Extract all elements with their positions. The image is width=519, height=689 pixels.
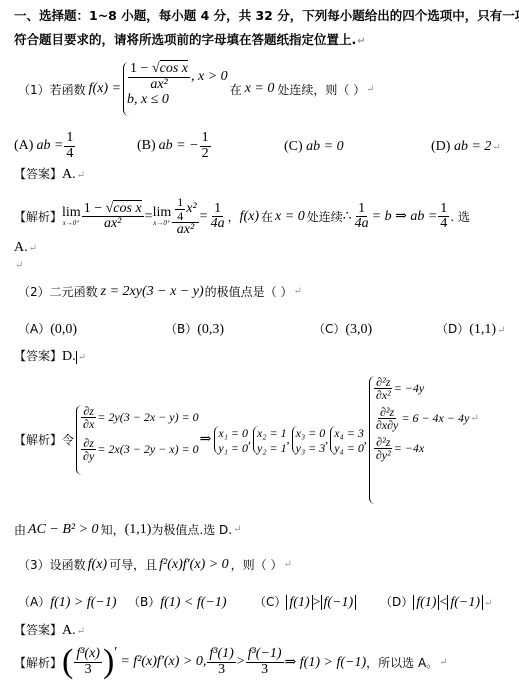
expr: ⇒ f(1) > f(−1) bbox=[285, 654, 367, 671]
answer-value: A. bbox=[62, 167, 76, 182]
paragraph-mark-icon: ↵ bbox=[492, 142, 500, 153]
sol-x: x₃ = 0 bbox=[296, 426, 326, 441]
option-value: (0,3) bbox=[197, 322, 224, 337]
frac-num: 1 bbox=[175, 196, 185, 210]
frac-den: 4a bbox=[209, 217, 227, 232]
paragraph-mark-icon: ↵ bbox=[77, 170, 85, 181]
frac-num: 1 bbox=[200, 131, 211, 147]
q2-number: （2） bbox=[18, 283, 50, 300]
q2-analysis: 【解析】 令 ∂z∂x= 2y(3 − 2x − y) = 0 ∂z∂y= 2x… bbox=[14, 372, 479, 507]
sol-y: y₂ = 1 bbox=[257, 441, 287, 456]
frac-den: 4 bbox=[438, 217, 449, 232]
abs-value: f(−1) bbox=[321, 595, 357, 610]
paragraph-mark-icon: ↵ bbox=[439, 657, 447, 668]
text: 令 bbox=[62, 431, 74, 448]
frac-num: 1 bbox=[212, 202, 223, 218]
paragraph-mark-icon: ↵ bbox=[484, 598, 492, 609]
q1-piecewise: 1 − √cos x ax² , x > 0 b, x ≤ 0 bbox=[123, 62, 228, 116]
q3-option-d[interactable]: （D）f(1)<f(−1)↵ bbox=[380, 593, 492, 611]
frac-num: ∂²z bbox=[374, 376, 392, 390]
text: ，所以选 A。 bbox=[366, 654, 438, 671]
q1-case1-num: 1 − bbox=[130, 61, 152, 76]
frac-den: ∂x∂y bbox=[374, 419, 401, 432]
fx: f(x) bbox=[88, 557, 107, 573]
frac-den: 2 bbox=[200, 147, 211, 162]
implies: ⇒ bbox=[200, 431, 212, 448]
q1-case1-den: ax² bbox=[148, 78, 169, 93]
solution-3: x₃ = 0y₃ = 3 bbox=[292, 426, 326, 454]
answer-tag: 【答案】 bbox=[14, 349, 62, 363]
text: 为极值点.选 D. bbox=[151, 521, 232, 538]
paragraph-mark-icon: ↵ bbox=[366, 84, 374, 95]
text: A. bbox=[14, 240, 28, 255]
frac-num: f³(x) bbox=[74, 647, 102, 663]
answer-tag: 【答案】 bbox=[14, 623, 62, 637]
option-expr: ab = 0 bbox=[306, 139, 343, 154]
frac-den: ∂y² bbox=[374, 449, 393, 462]
frac-den: 3 bbox=[216, 663, 227, 678]
equals: = bbox=[200, 209, 208, 225]
prime: ′ bbox=[114, 645, 117, 661]
analysis-tag: 【解析】 bbox=[14, 654, 62, 671]
abs-value: f(1) bbox=[413, 595, 439, 610]
frac-den: ax² bbox=[102, 217, 123, 232]
lim-under: x→0⁺ bbox=[153, 220, 170, 227]
text: 处连续 bbox=[307, 208, 343, 225]
q1-prompt-prefix: 若函数 bbox=[50, 81, 86, 98]
q1-case2: b, x ≤ 0 bbox=[127, 92, 228, 108]
paragraph-mark-icon: ↵ bbox=[233, 524, 241, 535]
solution-4: x₄ = 3y₄ = 0 bbox=[330, 426, 364, 454]
answer-tag: 【答案】 bbox=[14, 167, 62, 181]
q2-option-d[interactable]: （D）(1,1)↵ bbox=[436, 320, 505, 338]
therefore: ∴ bbox=[343, 208, 352, 225]
frac-num: 1 bbox=[438, 202, 449, 218]
option-value: f(1) < f(−1) bbox=[160, 595, 226, 610]
paragraph-mark-icon: ↵ bbox=[497, 325, 505, 336]
section-header-line1: 一、选择题：1~8 小题，每小题 4 分，共 32 分，下列每小题给出的四个选项… bbox=[14, 6, 519, 24]
text: ，则（ ） bbox=[231, 556, 283, 573]
option-label: （D） bbox=[380, 595, 413, 609]
q2-answer: 【答案】D.↵ bbox=[14, 347, 86, 365]
q1-analysis: 【解析】 limx→0⁺ 1 − √cos xax² = limx→0⁺ 14x… bbox=[14, 196, 470, 238]
eq-rhs: = −4x bbox=[394, 441, 425, 456]
frac-num: ∂z bbox=[81, 405, 96, 419]
text: 可导，且 bbox=[109, 556, 157, 573]
option-label: (D) bbox=[431, 139, 450, 154]
frac-den: 3 bbox=[83, 663, 94, 678]
text: 由 bbox=[14, 521, 26, 538]
option-label: (A) bbox=[14, 138, 33, 154]
frac-den: ∂x² bbox=[374, 389, 393, 402]
q2-prompt: （2） 二元函数 z = 2xy(3 − x − y) 的极值点是（ ） ↵ bbox=[18, 283, 302, 300]
frac-num: f³(−1) bbox=[246, 647, 284, 663]
option-label: （D） bbox=[436, 322, 469, 336]
option-value: (0,0) bbox=[50, 322, 77, 337]
expr: = f²(x)f′(x) > 0, bbox=[120, 654, 206, 670]
q1-answer: 【答案】A.↵ bbox=[14, 165, 85, 183]
x-squared: x² bbox=[186, 202, 196, 217]
eq-rhs: = 2y(3 − 2x − y) = 0 bbox=[97, 410, 198, 425]
implies: = b ⇒ ab = bbox=[372, 208, 438, 225]
option-label: （B） bbox=[128, 595, 160, 609]
sol-x: x₂ = 1 bbox=[257, 426, 287, 441]
paragraph-mark-icon: ↵ bbox=[470, 413, 478, 424]
sol-x: x₄ = 3 bbox=[334, 426, 364, 441]
option-label: （A） bbox=[18, 322, 50, 336]
q2-option-b[interactable]: （B）(0,3) bbox=[165, 320, 224, 338]
q1-case1-sqrt: cos x bbox=[160, 60, 188, 76]
frac-num: ∂²z bbox=[378, 406, 396, 420]
frac-num: 1 bbox=[64, 131, 75, 147]
text: 知， bbox=[101, 521, 125, 538]
sqrt: cos x bbox=[113, 200, 141, 216]
option-value: (3,0) bbox=[345, 322, 372, 337]
option-label: （C） bbox=[313, 322, 345, 336]
frac-den: ∂x bbox=[81, 418, 96, 431]
equals: = bbox=[145, 209, 153, 225]
q1-option-a[interactable]: (A) ab = 14 bbox=[14, 131, 76, 161]
q1-func: f(x) = bbox=[89, 81, 121, 97]
q1-cond: x = 0 bbox=[245, 81, 275, 97]
q3-answer: 【答案】A.↵ bbox=[14, 621, 85, 639]
solution-1: x₁ = 0y₁ = 0 bbox=[214, 426, 248, 454]
cond: x = 0 bbox=[275, 209, 305, 225]
option-label: (C) bbox=[284, 139, 303, 154]
q1-prompt: （1） 若函数 f(x) = 1 − √cos x ax² , x > 0 b,… bbox=[18, 62, 375, 116]
q2-prompt-prefix: 二元函数 bbox=[50, 283, 98, 300]
analysis-tag: 【解析】 bbox=[14, 208, 62, 225]
abs-value: f(−1) bbox=[447, 595, 483, 610]
point: (1,1) bbox=[125, 522, 152, 538]
text: 设函数 bbox=[50, 556, 86, 573]
q1-case1-cond: , x > 0 bbox=[191, 69, 228, 85]
option-value: f(1) > f(−1) bbox=[50, 595, 116, 610]
lim-under: x→0⁺ bbox=[63, 220, 80, 227]
q2-prompt-suffix: 的极值点是（ ） bbox=[205, 283, 293, 300]
eq-rhs: = 2x(3 − 2y − x) = 0 bbox=[97, 442, 198, 457]
paragraph-mark-icon: ↵ bbox=[15, 260, 23, 271]
answer-value: A. bbox=[62, 623, 76, 638]
q2-expr: z = 2xy(3 − x − y) bbox=[101, 284, 204, 300]
option-label: （B） bbox=[165, 322, 197, 336]
eq-rhs: = 6 − 4x − 4y bbox=[401, 411, 469, 426]
op: > bbox=[313, 595, 321, 610]
frac-den: 4 bbox=[175, 210, 185, 223]
q1-option-c[interactable]: (C) ab = 0 bbox=[284, 139, 344, 155]
text: . 选 bbox=[450, 208, 470, 225]
q1-analysis-tail: A.↵ bbox=[14, 240, 37, 256]
option-expr: ab = 2 bbox=[454, 139, 491, 154]
paragraph-mark-icon: ↵ bbox=[77, 626, 85, 637]
q3-option-b[interactable]: （B）f(1) < f(−1) bbox=[128, 593, 227, 611]
option-label: （C） bbox=[254, 595, 286, 609]
second-derivatives: ∂²z∂x²= −4y ∂²z∂x∂y= 6 − 4x − 4y↵ ∂²z∂y²… bbox=[369, 376, 479, 504]
option-value: (1,1) bbox=[469, 322, 496, 337]
q3-analysis: 【解析】 ( f³(x)3 )′ = f²(x)f′(x) > 0, f³(1)… bbox=[14, 645, 448, 679]
answer-value: D. bbox=[62, 349, 76, 364]
q1-prompt-suffix: 处连续，则（ ） bbox=[277, 81, 365, 98]
paragraph-mark-icon: ↵ bbox=[284, 559, 292, 570]
paragraph-mark-icon: ↵ bbox=[78, 352, 86, 363]
sol-y: y₄ = 0 bbox=[334, 441, 364, 456]
eq-rhs: = −4y bbox=[394, 381, 425, 396]
section-header-line2-text: 符合题目要求的，请将所选项前的字母填在答题纸指定位置上. bbox=[14, 32, 356, 47]
text: 在 bbox=[261, 208, 273, 225]
paragraph-mark-icon: ↵ bbox=[29, 243, 37, 254]
first-order-system: ∂z∂x= 2y(3 − 2x − y) = 0 ∂z∂y= 2x(3 − 2y… bbox=[76, 405, 199, 475]
section-header-line2: 符合题目要求的，请将所选项前的字母填在答题纸指定位置上.↵ bbox=[14, 30, 366, 48]
option-expr: ab = − bbox=[159, 138, 199, 154]
abs-value: f(1) bbox=[286, 595, 312, 610]
q3-option-a[interactable]: （A）f(1) > f(−1) bbox=[18, 593, 117, 611]
q2-option-c[interactable]: （C）(3,0) bbox=[313, 320, 372, 338]
q1-number: （1） bbox=[18, 81, 50, 98]
q2-option-a[interactable]: （A）(0,0) bbox=[18, 320, 77, 338]
comma: ， bbox=[228, 208, 240, 225]
option-label: （A） bbox=[18, 595, 50, 609]
q1-prompt-mid: 在 bbox=[230, 81, 242, 98]
lim: lim bbox=[153, 206, 172, 220]
sol-y: y₃ = 3 bbox=[296, 441, 326, 456]
frac-den: 4 bbox=[64, 147, 75, 162]
analysis-tag: 【解析】 bbox=[14, 431, 62, 448]
lim: lim bbox=[62, 206, 81, 220]
frac-num: 1 bbox=[356, 202, 367, 218]
q3-number: （3） bbox=[18, 556, 50, 573]
q1-option-d[interactable]: (D) ab = 2↵ bbox=[431, 139, 501, 155]
frac-den: ∂y bbox=[81, 450, 96, 463]
text-cursor bbox=[76, 351, 77, 364]
cond: f²(x)f′(x) > 0 bbox=[159, 557, 229, 573]
expr: AC − B² > 0 bbox=[28, 522, 99, 538]
option-label: (B) bbox=[137, 138, 156, 154]
q1-option-b[interactable]: (B) ab = − 12 bbox=[137, 131, 212, 161]
paragraph-mark-icon: ↵ bbox=[293, 286, 301, 297]
op: > bbox=[237, 654, 245, 670]
q3-option-c[interactable]: （C）f(1)>f(−1) bbox=[254, 593, 356, 611]
option-expr: ab = bbox=[36, 138, 63, 154]
sol-y: y₁ = 0 bbox=[218, 441, 248, 456]
paragraph-mark-icon: ↵ bbox=[357, 36, 365, 47]
empty-line: ↵ bbox=[14, 256, 23, 272]
frac-num: 1 − bbox=[84, 201, 106, 216]
frac-num: f³(1) bbox=[207, 647, 235, 663]
q3-prompt: （3） 设函数 f(x) 可导，且 f²(x)f′(x) > 0 ，则（ ） ↵ bbox=[18, 556, 292, 573]
frac-num: ∂z bbox=[81, 437, 96, 451]
frac-den: ax² bbox=[175, 223, 196, 238]
fx: f(x) bbox=[240, 209, 259, 225]
solution-2: x₂ = 1y₂ = 1 bbox=[253, 426, 287, 454]
sol-x: x₁ = 0 bbox=[218, 426, 248, 441]
frac-den: 4a bbox=[353, 217, 371, 232]
frac-num: ∂²z bbox=[374, 436, 392, 450]
frac-den: 3 bbox=[259, 663, 270, 678]
q2-conclusion: 由 AC − B² > 0 知， (1,1) 为极值点.选 D. ↵ bbox=[14, 521, 241, 538]
